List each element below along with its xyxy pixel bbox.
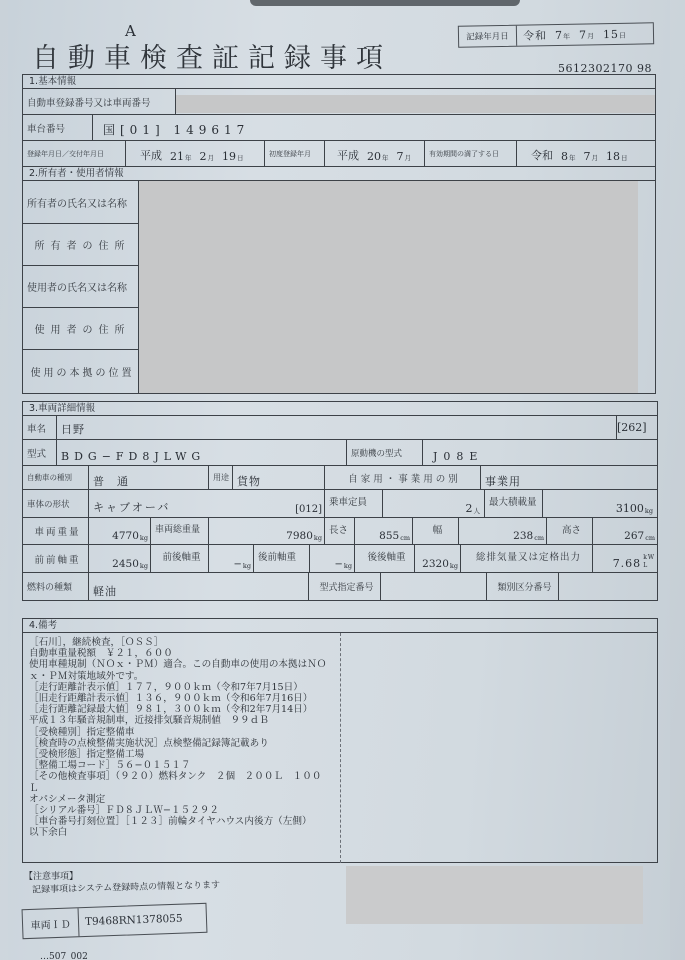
private-business-label: 自家用・事業用の別 bbox=[325, 466, 481, 489]
rr-axle-label: 後後軸重 bbox=[355, 545, 415, 572]
remarks-line: Ｌ bbox=[29, 783, 340, 794]
number: 267 bbox=[624, 530, 644, 542]
number: 2450 bbox=[112, 558, 139, 570]
unit: kg bbox=[314, 534, 322, 542]
record-date-box: 記録年月日 令和 7年 7月 15日 bbox=[458, 22, 654, 47]
kind-label: 自動車の種別 bbox=[23, 466, 89, 489]
owner-address-label: 所有者の住所 bbox=[23, 224, 138, 265]
type-designation-value bbox=[381, 573, 487, 600]
issuer-redacted bbox=[346, 866, 643, 924]
type-designation-label: 型式指定番号 bbox=[309, 573, 381, 600]
first-reg-label: 初度登録年月 bbox=[265, 141, 325, 166]
unit: kg bbox=[344, 562, 352, 570]
record-date-label: 記録年月日 bbox=[459, 26, 517, 47]
vehicle-id-label: 車両ＩＤ bbox=[23, 908, 80, 938]
fr-axle-value: −kg bbox=[209, 545, 254, 572]
remarks-line: ［その他検査事項］（９２０）燃料タンク ２個 ２００Ｌ １００ bbox=[29, 771, 340, 782]
remarks-line: ［走行距離記録最大値］９８１，３００ｋｍ（令和2年7月14日） bbox=[29, 704, 340, 715]
width-value: 238cm bbox=[459, 518, 547, 544]
expiry-label: 有効期間の満了する日 bbox=[425, 141, 517, 166]
number: − bbox=[234, 559, 242, 570]
era: 平成 bbox=[337, 147, 359, 163]
fuel-value: 軽油 bbox=[89, 573, 309, 600]
remarks-line: 以下余白 bbox=[29, 827, 340, 838]
unit: kg bbox=[450, 562, 458, 570]
use-label: 用途 bbox=[209, 466, 233, 489]
remarks-line: ［車台番号打刻位置］［１２３］前輪タイヤハウス内後方（左側） bbox=[29, 816, 340, 827]
gross-weight-label: 車両総重量 bbox=[151, 518, 209, 544]
fuel-label: 燃料の種類 bbox=[23, 573, 89, 600]
remarks-line: オパシメータ測定 bbox=[29, 794, 340, 805]
use-value: 貨物 bbox=[233, 466, 325, 489]
remarks-line: ［整備工場コード］５６−０１５１７ bbox=[29, 760, 340, 771]
length-value: 855cm bbox=[355, 518, 413, 544]
remarks-line: ［旧走行距離計表示値］１３６，９００ｋｍ（令和6年7月16日） bbox=[29, 693, 340, 704]
era: 令和 bbox=[531, 147, 553, 163]
chassis-label: 車台番号 bbox=[23, 115, 93, 140]
remarks-text: ［石川］，継続検査，［ＯＳＳ］自動車重量税額 ￥２１，６００使用車種規制（ＮＯｘ… bbox=[23, 633, 341, 863]
number: 855 bbox=[379, 530, 399, 542]
remarks-line: ［シリアル番号］ＦＤ８ＪＬＷ−１５２９２ bbox=[29, 805, 340, 816]
rf-axle-label: 後前軸重 bbox=[254, 545, 310, 572]
reg-date-value: 平成 21年 2月 19日 bbox=[126, 141, 265, 166]
remarks-right-blank bbox=[341, 633, 657, 863]
max-load-label: 最大積載量 bbox=[485, 490, 543, 517]
remarks-line: ［受検種別］指定整備車 bbox=[29, 727, 340, 738]
unit-l: L bbox=[643, 562, 655, 570]
day: 19 bbox=[222, 150, 236, 163]
first-reg-value: 平成 20年 7月 bbox=[325, 141, 425, 166]
unit: 人 bbox=[474, 506, 481, 515]
photo-shadow bbox=[250, 0, 520, 6]
section-basic-info: 1.基本情報 自動車登録番号又は車両番号 車台番号 国[01] 149617 登… bbox=[22, 74, 656, 394]
body-shape-value: キャブオーバ [012] bbox=[89, 490, 325, 517]
month: 2 bbox=[200, 150, 207, 163]
unit: cm bbox=[645, 534, 655, 542]
section-4-heading: 4.備考 bbox=[23, 619, 657, 633]
unit: cm bbox=[400, 534, 410, 542]
number: − bbox=[335, 559, 343, 570]
record-date-value: 令和 7年 7月 15日 bbox=[517, 23, 653, 45]
notes-heading: 【注意事項】 bbox=[24, 869, 78, 882]
reg-date-label: 登録年月日／交付年月日 bbox=[23, 141, 126, 166]
footer-code: …507_002 bbox=[40, 952, 88, 960]
body-shape-label: 車体の形状 bbox=[23, 490, 89, 517]
car-name-label: 車名 bbox=[23, 416, 57, 439]
year: 7 bbox=[555, 28, 563, 41]
private-business-value: 事業用 bbox=[481, 466, 657, 489]
section-remarks: 4.備考 ［石川］，継続検査，［ＯＳＳ］自動車重量税額 ￥２１，６００使用車種規… bbox=[22, 618, 658, 863]
reg-number-value bbox=[176, 89, 655, 114]
number: 2320 bbox=[422, 558, 449, 570]
user-address-label: 使用者の住所 bbox=[23, 308, 138, 349]
remarks-line: ［石川］，継続検査，［ＯＳＳ］ bbox=[29, 637, 340, 648]
year: 20 bbox=[367, 150, 381, 163]
base-location-label: 使用の本拠の位置 bbox=[23, 350, 138, 393]
chassis-value: 国[01] 149617 bbox=[93, 115, 655, 140]
height-value: 267cm bbox=[593, 518, 657, 544]
section-2-heading: 2.所有者・使用者情報 bbox=[23, 167, 655, 181]
section-vehicle-details: 3.車両詳細情報 車名 日野 [262] 型式 BDG−FD8JLWG 原動機の… bbox=[22, 401, 658, 601]
engine-label: 原動機の型式 bbox=[347, 440, 423, 465]
month: 7 bbox=[579, 28, 587, 41]
remarks-line: ｘ・ＰＭ対策地域外です。 bbox=[29, 671, 340, 682]
weight-value: 4770kg bbox=[89, 518, 151, 544]
car-name-code: [262] bbox=[617, 416, 657, 439]
day: 15 bbox=[603, 27, 619, 40]
unit-kw: kW bbox=[643, 554, 655, 562]
ff-axle-label: 前前軸重 bbox=[23, 545, 89, 572]
capacity-label: 乗車定員 bbox=[325, 490, 383, 517]
remarks-line: 使用車種規制（ＮＯｘ・ＰＭ）適合。この自動車の使用の本拠はＮＯ bbox=[29, 659, 340, 670]
capacity-value: 2人 bbox=[383, 490, 485, 517]
unit: kg bbox=[243, 562, 251, 570]
engine-value: J08E bbox=[423, 440, 657, 465]
remarks-line: 平成１３年騒音規制車，近接排気騒音規制値 ９９ｄＢ bbox=[29, 715, 340, 726]
vehicle-id-value: T9468RN1378055 bbox=[79, 904, 207, 936]
number: 7980 bbox=[286, 530, 313, 542]
owner-name-label: 所有者の氏名又は名称 bbox=[23, 181, 138, 223]
month: 7 bbox=[584, 150, 591, 163]
ff-axle-value: 2450kg bbox=[89, 545, 151, 572]
height-label: 高さ bbox=[547, 518, 593, 544]
weight-label: 車両重量 bbox=[23, 518, 89, 544]
section-1-heading: 1.基本情報 bbox=[23, 75, 655, 89]
unit: kg bbox=[645, 507, 653, 515]
kind-value: 普 通 bbox=[89, 466, 209, 489]
body-shape-text: キャブオーバ bbox=[93, 499, 170, 515]
document-title: 自動車検査証記録事項 bbox=[32, 36, 392, 75]
model-label: 型式 bbox=[23, 440, 57, 465]
number: 4770 bbox=[112, 530, 139, 542]
number: 238 bbox=[513, 530, 533, 542]
model-value: BDG−FD8JLWG bbox=[57, 440, 347, 465]
year: 21 bbox=[170, 150, 184, 163]
max-load-value: 3100kg bbox=[543, 490, 657, 517]
displacement-label: 総排気量又は定格出力 bbox=[461, 545, 593, 572]
length-label: 長さ bbox=[325, 518, 355, 544]
rf-axle-value: −kg bbox=[310, 545, 355, 572]
expiry-value: 令和 8年 7月 18日 bbox=[517, 141, 655, 166]
number: 7.68 bbox=[613, 557, 642, 570]
unit: cm bbox=[534, 534, 544, 542]
owner-info-redacted bbox=[138, 181, 638, 393]
section-3-heading: 3.車両詳細情報 bbox=[23, 402, 657, 416]
day: 18 bbox=[606, 150, 620, 163]
width-label: 幅 bbox=[413, 518, 459, 544]
rr-axle-value: 2320kg bbox=[415, 545, 461, 572]
max-load-number: 3100 bbox=[616, 502, 644, 515]
unit: kg bbox=[140, 562, 148, 570]
displacement-value: 7.68 kW L bbox=[593, 545, 657, 572]
category-label: 類別区分番号 bbox=[487, 573, 559, 600]
era: 令和 bbox=[523, 27, 547, 43]
fr-axle-label: 前後軸重 bbox=[151, 545, 209, 572]
month: 7 bbox=[397, 150, 404, 163]
reg-number-label: 自動車登録番号又は車両番号 bbox=[23, 89, 176, 114]
capacity-number: 2 bbox=[466, 502, 473, 515]
remarks-line: ［検査時の点検整備実施状況］点検整備記録簿記載あり bbox=[29, 738, 340, 749]
body-shape-code: [012] bbox=[295, 504, 324, 515]
car-name-value: 日野 bbox=[57, 416, 617, 439]
remarks-line: ［走行距離計表示値］１７７，９００ｋｍ（令和7年7月15日） bbox=[29, 682, 340, 693]
unit: kg bbox=[140, 534, 148, 542]
remarks-line: ［受検形態］指定整備工場 bbox=[29, 749, 340, 760]
gross-weight-value: 7980kg bbox=[209, 518, 325, 544]
remarks-line: 自動車重量税額 ￥２１，６００ bbox=[29, 648, 340, 659]
year: 8 bbox=[561, 150, 568, 163]
category-value bbox=[559, 573, 657, 600]
user-name-label: 使用者の氏名又は名称 bbox=[23, 266, 138, 307]
era: 平成 bbox=[140, 147, 162, 163]
